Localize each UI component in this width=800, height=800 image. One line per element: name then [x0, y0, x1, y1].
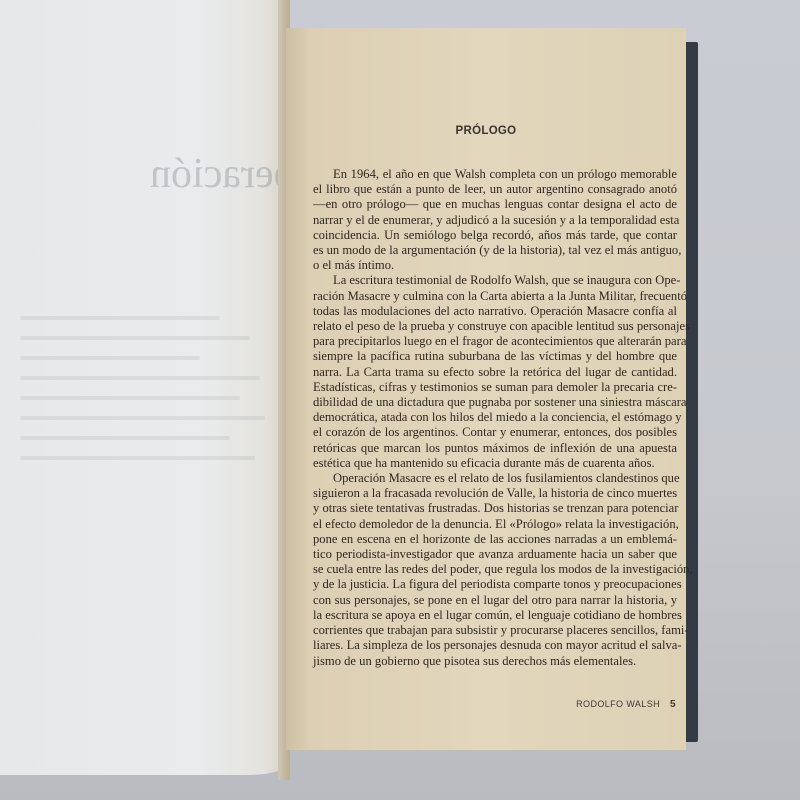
running-head: RODOLFO WALSH — [576, 699, 660, 709]
text-line: narra. La Carta trama su efecto sobre la… — [313, 365, 677, 380]
text-line: democrática, atada con los hilos del mie… — [313, 410, 677, 425]
ghost-text-show-through — [0, 300, 270, 460]
ghost-line — [20, 416, 265, 420]
left-page: Operación M — [0, 0, 286, 775]
text-line: liares. La simpleza de los personajes de… — [313, 638, 677, 653]
text-line: es un modo de la argumentación (y de la … — [313, 243, 677, 258]
text-line: dibilidad de una dictadura que pugnaba p… — [313, 395, 677, 410]
text-line: el efecto demoledor de la denuncia. El «… — [313, 517, 677, 532]
ghost-line — [20, 436, 230, 440]
text-line: para precipitarlos luego en el fragor de… — [313, 334, 677, 349]
text-line: siempre la pacífica rutina suburbana de … — [313, 349, 677, 364]
text-line: —en otro prólogo— que en muchas lenguas … — [313, 197, 677, 212]
text-line: Operación Masacre es el relato de los fu… — [313, 471, 677, 486]
text-line: estética que ha mantenido su eficacia du… — [313, 456, 677, 471]
text-line: todas las modulaciones del acto narrativ… — [313, 304, 677, 319]
text-line: la escritura se apoya en el lugar común,… — [313, 608, 677, 623]
text-line: jismo de un gobierno que pisotea sus der… — [313, 654, 677, 669]
text-line: pone en escena en el horizonte de las ac… — [313, 532, 677, 547]
paragraph-2: La escritura testimonial de Rodolfo Wals… — [313, 273, 677, 471]
ghost-line — [20, 376, 260, 380]
text-line: Estadísticas, cifras y testimonios se su… — [313, 380, 677, 395]
text-line: el libro que están a punto de leer, un a… — [313, 182, 677, 197]
paragraph-3: Operación Masacre es el relato de los fu… — [313, 471, 677, 669]
ghost-line — [20, 356, 200, 360]
ghost-line — [20, 396, 240, 400]
text-line: o el más íntimo. — [313, 258, 677, 273]
text-line: La escritura testimonial de Rodolfo Wals… — [313, 273, 677, 288]
text-line: retóricas que marcan los puntos máximos … — [313, 441, 677, 456]
text-line: narrar y el de enumerar, y adjudicó a la… — [313, 213, 677, 228]
text-line: En 1964, el año en que Walsh completa co… — [313, 167, 677, 182]
right-page: PRÓLOGO En 1964, el año en que Walsh com… — [286, 28, 686, 750]
text-line: se cuela entre las redes del poder, que … — [313, 562, 677, 577]
text-line: coincidencia. Un semiólogo belga recordó… — [313, 228, 677, 243]
text-line: el corazón de los argentinos. Contar y e… — [313, 425, 677, 440]
text-line: y de la justicia. La figura del periodis… — [313, 577, 677, 592]
text-line: con sus personajes, se pone en el lugar … — [313, 593, 677, 608]
text-line: relato el peso de la prueba y construye … — [313, 319, 677, 334]
ghost-line — [20, 336, 250, 340]
page-footer: RODOLFO WALSH5 — [576, 699, 676, 710]
text-line: tico periodista-investigador que avanza … — [313, 547, 677, 562]
ghost-line — [20, 316, 220, 320]
body-text: En 1964, el año en que Walsh completa co… — [313, 167, 677, 669]
text-line: y otras siete tentativas frustradas. Dos… — [313, 501, 677, 516]
chapter-heading: PRÓLOGO — [286, 125, 686, 137]
text-line: siguieron a la fracasada revolución de V… — [313, 486, 677, 501]
ghost-line — [20, 456, 255, 460]
paragraph-1: En 1964, el año en que Walsh completa co… — [313, 167, 677, 273]
page-number: 5 — [670, 699, 676, 710]
text-line: corrientes que trabajan para subsistir y… — [313, 623, 677, 638]
book-cover-edge — [686, 42, 698, 742]
text-line: ración Masacre y culmina con la Carta ab… — [313, 289, 677, 304]
